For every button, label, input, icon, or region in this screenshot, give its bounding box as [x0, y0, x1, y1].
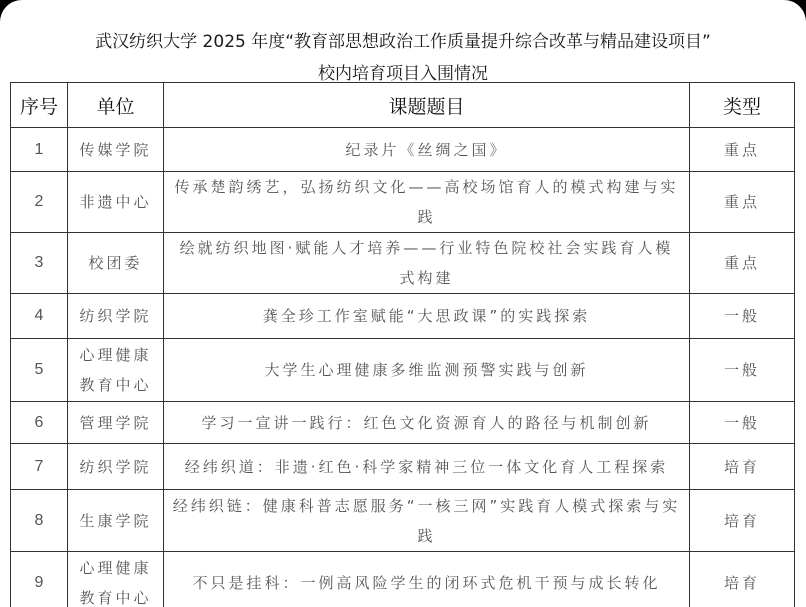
cell-topic: 绘就纺织地图·赋能人才培养——行业特色院校社会实践育人模式构建: [164, 233, 690, 294]
header-topic: 课题题目: [164, 83, 690, 128]
cell-index: 9: [11, 552, 68, 607]
cell-type: 一般: [690, 402, 795, 444]
table-header-row: 序号 单位 课题题目 类型: [11, 83, 795, 128]
document-page: 武汉纺织大学 2025 年度“教育部思想政治工作质量提升综合改革与精品建设项目”…: [0, 0, 806, 607]
table-row: 9 心理健康教育中心 不只是挂科：一例高风险学生的闭环式危机干预与成长转化 培育: [11, 552, 795, 607]
cell-topic: 大学生心理健康多维监测预警实践与创新: [164, 339, 690, 402]
cell-index: 5: [11, 339, 68, 402]
cell-type: 培育: [690, 490, 795, 552]
cell-unit: 非遗中心: [68, 172, 164, 233]
table-row: 5 心理健康教育中心 大学生心理健康多维监测预警实践与创新 一般: [11, 339, 795, 402]
cell-unit: 纺织学院: [68, 444, 164, 490]
cell-type: 重点: [690, 172, 795, 233]
cell-unit: 生康学院: [68, 490, 164, 552]
table-row: 3 校团委 绘就纺织地图·赋能人才培养——行业特色院校社会实践育人模式构建 重点: [11, 233, 795, 294]
cell-type: 重点: [690, 233, 795, 294]
cell-type: 一般: [690, 339, 795, 402]
cell-index: 6: [11, 402, 68, 444]
header-unit: 单位: [68, 83, 164, 128]
cell-index: 8: [11, 490, 68, 552]
cell-unit: 纺织学院: [68, 294, 164, 339]
document-subtitle: 校内培育项目入围情况: [0, 59, 806, 84]
table-row: 4 纺织学院 龚全珍工作室赋能“大思政课”的实践探索 一般: [11, 294, 795, 339]
cell-type: 培育: [690, 552, 795, 607]
cell-topic: 传承楚韵绣艺，弘扬纺织文化——高校场馆育人的模式构建与实践: [164, 172, 690, 233]
table-row: 6 管理学院 学习一宣讲一践行：红色文化资源育人的路径与机制创新 一般: [11, 402, 795, 444]
projects-table: 序号 单位 课题题目 类型 1 传媒学院 纪录片《丝绸之国》 重点 2 非遗中心…: [10, 82, 795, 607]
cell-type: 一般: [690, 294, 795, 339]
cell-topic: 经纬织道：非遗·红色·科学家精神三位一体文化育人工程探索: [164, 444, 690, 490]
cell-topic: 经纬织链：健康科普志愿服务“一核三网”实践育人模式探索与实践: [164, 490, 690, 552]
table-row: 1 传媒学院 纪录片《丝绸之国》 重点: [11, 128, 795, 172]
cell-topic: 龚全珍工作室赋能“大思政课”的实践探索: [164, 294, 690, 339]
cell-unit: 心理健康教育中心: [68, 552, 164, 607]
cell-type: 重点: [690, 128, 795, 172]
cell-unit: 传媒学院: [68, 128, 164, 172]
cell-topic: 纪录片《丝绸之国》: [164, 128, 690, 172]
table-row: 7 纺织学院 经纬织道：非遗·红色·科学家精神三位一体文化育人工程探索 培育: [11, 444, 795, 490]
cell-index: 7: [11, 444, 68, 490]
cell-type: 培育: [690, 444, 795, 490]
cell-topic: 学习一宣讲一践行：红色文化资源育人的路径与机制创新: [164, 402, 690, 444]
header-type: 类型: [690, 83, 795, 128]
header-index: 序号: [11, 83, 68, 128]
cell-index: 3: [11, 233, 68, 294]
cell-unit: 校团委: [68, 233, 164, 294]
cell-unit: 心理健康教育中心: [68, 339, 164, 402]
table-row: 2 非遗中心 传承楚韵绣艺，弘扬纺织文化——高校场馆育人的模式构建与实践 重点: [11, 172, 795, 233]
cell-index: 2: [11, 172, 68, 233]
cell-topic: 不只是挂科：一例高风险学生的闭环式危机干预与成长转化: [164, 552, 690, 607]
table-row: 8 生康学院 经纬织链：健康科普志愿服务“一核三网”实践育人模式探索与实践 培育: [11, 490, 795, 552]
cell-index: 4: [11, 294, 68, 339]
cell-unit: 管理学院: [68, 402, 164, 444]
document-title: 武汉纺织大学 2025 年度“教育部思想政治工作质量提升综合改革与精品建设项目”: [0, 27, 806, 52]
cell-index: 1: [11, 128, 68, 172]
